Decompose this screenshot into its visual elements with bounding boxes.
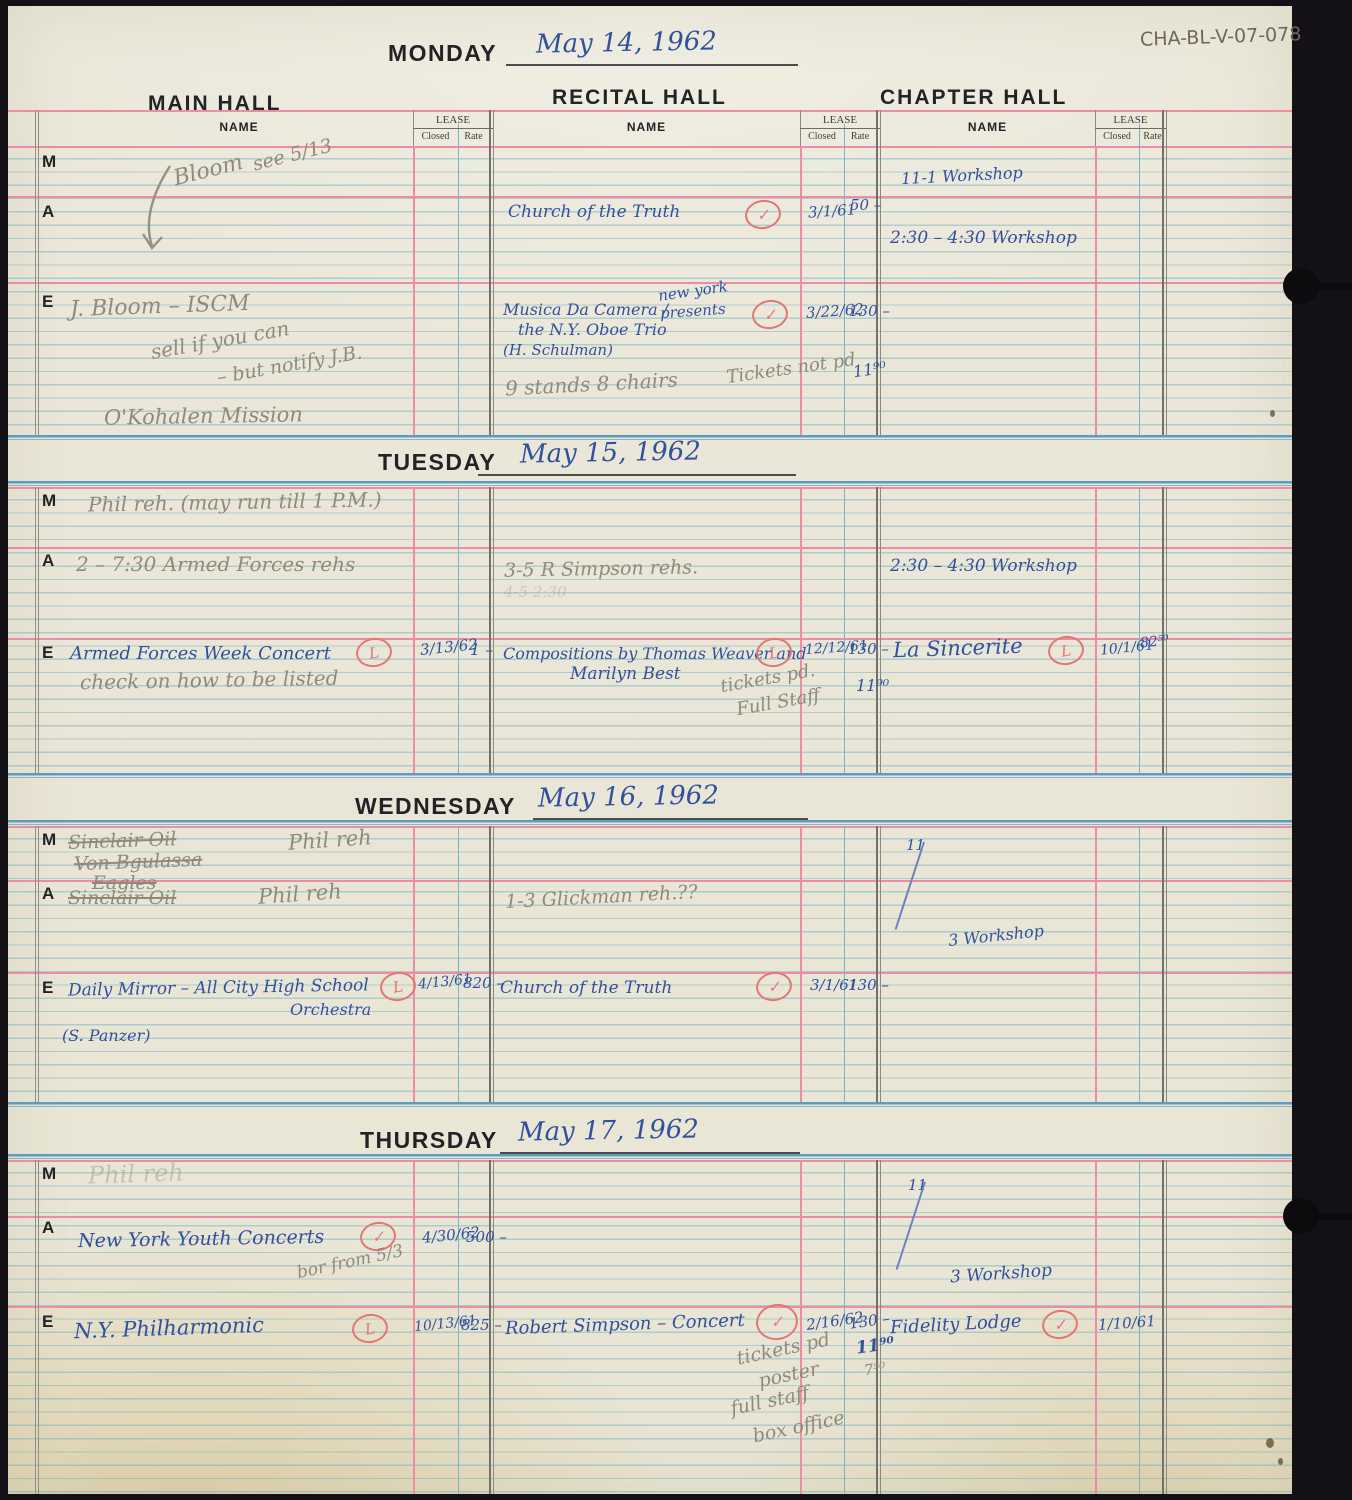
rule-line: [844, 826, 845, 1102]
col-header-closed: Closed: [800, 131, 844, 142]
rule-line: [800, 146, 802, 435]
day-title-thursday: THURSDAY: [360, 1127, 498, 1154]
column-header-band: NAME NAME NAME LEASE LEASE LEASE Closed …: [8, 110, 1292, 146]
rule-line: [458, 146, 459, 435]
entry-tue-main-e-note: check on how to be listed: [80, 666, 339, 695]
rule-line: [489, 487, 491, 773]
rule-line: [38, 487, 39, 773]
entry-tue-chapter-e-rate: 82⁵⁰: [1139, 633, 1170, 652]
entry-tue-main-e-title: Armed Forces Week Concert: [70, 643, 331, 664]
entry-mon-recital-a-rate: 50 –: [850, 196, 881, 214]
entry-tue-main-e-rate: 1 –: [470, 640, 493, 659]
entry-mon-recital-a-name: Church of the Truth: [508, 202, 680, 222]
lease-box-line: [800, 128, 880, 129]
hall-title-chapter: CHAPTER HALL: [880, 86, 1067, 110]
row-label-morning: M: [42, 1164, 56, 1184]
col-header-lease-chapter: LEASE: [1095, 114, 1166, 126]
lease-box-line: [413, 128, 493, 129]
rule-line: [413, 487, 415, 773]
col-header-closed: Closed: [413, 131, 458, 142]
day-title-wednesday: WEDNESDAY: [355, 793, 516, 820]
rule-line: [1139, 826, 1140, 1102]
row-label-evening: E: [42, 643, 53, 663]
rule-line: [413, 146, 415, 435]
entry-tue-main-a-note: 2 – 7:30 Armed Forces rehs: [76, 552, 355, 576]
entry-mon-chapter-a-note: 2:30 – 4:30 Workshop: [890, 228, 1077, 248]
entry-mon-main-e-note3: O'Kohalen Mission: [104, 402, 303, 429]
rule-line: [880, 146, 881, 435]
paper-stain: [1270, 410, 1275, 417]
tuesday-table: [8, 487, 1292, 773]
row-label-afternoon: A: [42, 884, 54, 904]
rule-line: [493, 146, 494, 435]
entry-wed-main-a-struck: Sinclair Oil: [68, 887, 176, 909]
col-header-rate: Rate: [1139, 131, 1166, 142]
entry-thu-recital-e-amount2: 7⁵⁰: [863, 1359, 887, 1380]
rule-line: [1166, 826, 1167, 1102]
row-line: [8, 1160, 1292, 1162]
rule-line: [1166, 487, 1167, 773]
day-date-thursday: May 17, 1962: [518, 1114, 699, 1147]
rule-line: [38, 110, 39, 146]
archive-page-code: CHA-BL-V-07-078: [1140, 23, 1302, 51]
day-title-tuesday: TUESDAY: [378, 449, 496, 476]
entry-mon-recital-e-name1: Musica Da Camera /: [503, 300, 668, 319]
row-line: [8, 547, 1292, 549]
rule-line: [800, 1160, 802, 1494]
entry-tue-main-m-note: Phil reh. (may run till 1 P.M.): [88, 487, 382, 516]
hole-punch-slot: [1300, 1213, 1352, 1220]
entry-wed-recital-e-rate: 130 –: [848, 976, 889, 994]
entry-mon-recital-e-rate: 130 –: [849, 302, 890, 320]
col-header-lease-recital: LEASE: [800, 114, 880, 126]
col-header-rate: Rate: [844, 131, 876, 142]
hole-punch-slot: [1300, 283, 1352, 290]
row-label-evening: E: [42, 978, 53, 998]
rule-line: [1139, 146, 1140, 435]
rule-line: [1139, 487, 1140, 773]
paper-stain: [1278, 1458, 1283, 1465]
ledger-page: CHA-BL-V-07-078 MONDAY May 14, 1962 MAIN…: [8, 6, 1292, 1494]
col-header-rate: Rate: [458, 131, 489, 142]
entry-wed-recital-e-name: Church of the Truth: [500, 978, 672, 998]
entry-thu-main-a-rate: 500 –: [466, 1228, 507, 1246]
rule-line: [458, 487, 459, 773]
row-label-morning: M: [42, 830, 56, 850]
date-underline: [506, 64, 798, 66]
rule-line: [844, 487, 845, 773]
section-divider: [8, 773, 1292, 779]
entry-tue-recital-e-name2: Marilyn Best: [570, 664, 681, 684]
rule-line: [1095, 146, 1097, 435]
rule-line: [35, 146, 36, 435]
entry-thu-main-a-title: New York Youth Concerts: [78, 1226, 325, 1252]
row-label-evening: E: [42, 1312, 53, 1332]
entry-thu-main-m-note: Phil reh: [88, 1158, 185, 1189]
rule-line: [35, 1160, 36, 1494]
header-top-line: [8, 110, 1292, 112]
rule-line: [489, 826, 491, 1102]
entry-mon-recital-e-name4: (H. Schulman): [503, 341, 613, 359]
entry-tue-chapter-e-name: La Sincerite: [893, 634, 1023, 663]
entry-tue-recital-e-amount: 11⁹⁰: [856, 676, 889, 695]
col-header-lease-main: LEASE: [413, 114, 493, 126]
rule-line: [35, 487, 36, 773]
rule-line: [1162, 1160, 1164, 1494]
entry-tue-recital-e-rate: 130 –: [848, 640, 889, 658]
rule-line: [413, 826, 415, 1102]
rule-line: [1095, 1160, 1097, 1494]
rule-line: [35, 110, 36, 146]
day-date-monday: May 14, 1962: [536, 26, 717, 59]
row-label-afternoon: A: [42, 551, 54, 571]
entry-wed-main-e-title2: Orchestra: [290, 1000, 371, 1019]
rule-line: [876, 826, 878, 1102]
row-label-morning: M: [42, 491, 56, 511]
hall-title-recital: RECITAL HALL: [552, 86, 727, 110]
row-line: [8, 1306, 1292, 1308]
col-header-name-chapter: NAME: [880, 120, 1095, 134]
day-date-tuesday: May 15, 1962: [520, 436, 701, 469]
rule-line: [876, 146, 878, 435]
row-label-afternoon: A: [42, 202, 54, 222]
col-header-closed: Closed: [1095, 131, 1139, 142]
entry-thu-main-e-rate: 825 –: [461, 1316, 502, 1334]
rule-line: [1162, 826, 1164, 1102]
row-line: [8, 826, 1292, 828]
rule-line: [800, 487, 802, 773]
day-date-wednesday: May 16, 1962: [538, 780, 719, 813]
rule-line: [38, 146, 39, 435]
scanned-ledger-sheet: CHA-BL-V-07-078 MONDAY May 14, 1962 MAIN…: [0, 0, 1352, 1500]
lease-box-line: [1095, 128, 1166, 129]
rule-line: [38, 826, 39, 1102]
section-divider: [8, 1102, 1292, 1108]
rule-line: [1162, 487, 1164, 773]
paper-stain: [1266, 1438, 1274, 1448]
rule-line: [1166, 110, 1167, 146]
rule-line: [1166, 146, 1167, 435]
rule-line: [38, 1160, 39, 1494]
rule-line: [1095, 487, 1097, 773]
row-line: [8, 880, 1292, 882]
rule-line: [876, 487, 878, 773]
entry-tue-recital-a-erased: 4-5 2:30: [504, 583, 567, 601]
rule-line: [880, 826, 881, 1102]
rule-line: [489, 146, 491, 435]
rule-line: [844, 146, 845, 435]
rule-line: [493, 826, 494, 1102]
rule-line: [1166, 1160, 1167, 1494]
row-label-morning: M: [42, 152, 56, 172]
entry-tue-chapter-a-note: 2:30 – 4:30 Workshop: [890, 556, 1077, 576]
rule-line: [35, 826, 36, 1102]
row-line: [8, 972, 1292, 974]
rule-line: [880, 487, 881, 773]
row-label-afternoon: A: [42, 1218, 54, 1238]
col-header-name-main: NAME: [65, 120, 413, 134]
entry-wed-main-e-rate: 820 –: [463, 974, 504, 992]
col-header-name-recital: NAME: [493, 120, 800, 134]
row-line: [8, 638, 1292, 640]
rule-line: [1162, 146, 1164, 435]
row-line: [8, 1216, 1292, 1218]
row-label-evening: E: [42, 292, 53, 312]
date-underline: [478, 474, 796, 476]
rule-line: [458, 826, 459, 1102]
rule-line: [800, 826, 802, 1102]
entry-wed-main-e-title3: (S. Panzer): [62, 1026, 150, 1045]
row-line: [8, 487, 1292, 489]
row-line: [8, 196, 1292, 198]
rule-line: [493, 487, 494, 773]
rule-line: [1095, 826, 1097, 1102]
row-line: [8, 282, 1292, 284]
day-title-monday: MONDAY: [388, 40, 497, 67]
entry-mon-recital-e-name3: the N.Y. Oboe Trio: [518, 320, 667, 339]
entry-tue-recital-a-note: 3-5 R Simpson rehs.: [504, 556, 698, 581]
row-line: [8, 146, 1292, 148]
